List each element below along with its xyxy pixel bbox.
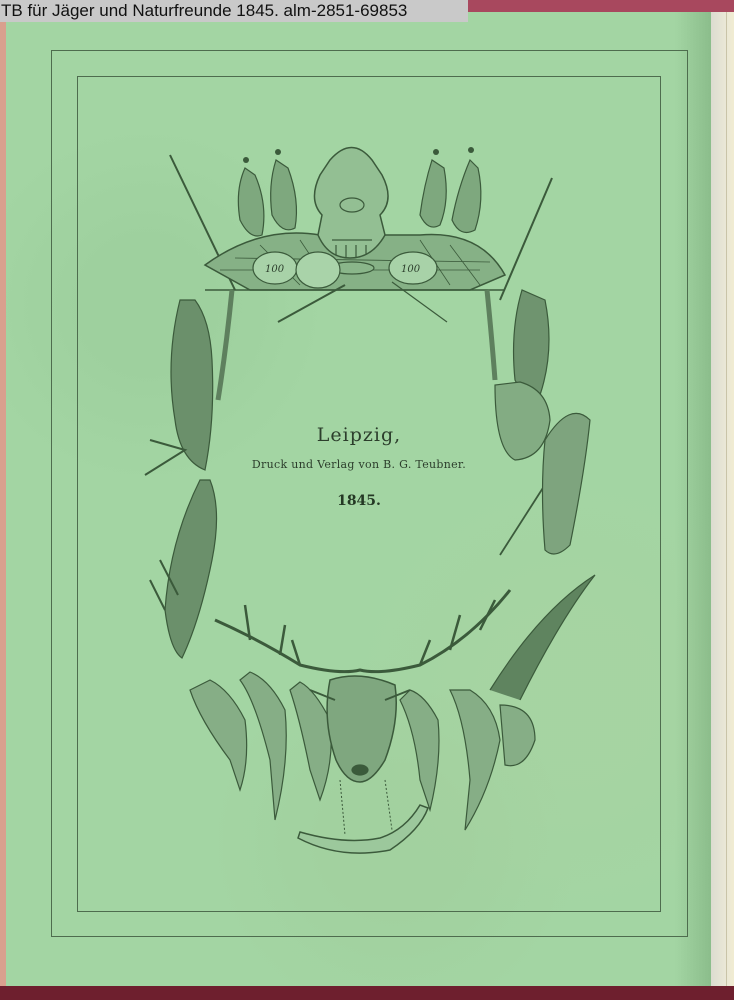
- pheasant-icon: [452, 160, 481, 232]
- fish-icon: [514, 290, 549, 396]
- hare-icon: [165, 480, 217, 658]
- pheasant-icon: [420, 160, 446, 227]
- hat-icon: [296, 252, 340, 288]
- fishing-rod-icon: [500, 178, 552, 300]
- game-pouch-icon: [495, 382, 550, 460]
- money-bag-label: 100: [265, 264, 285, 275]
- trophy-urn-icon: [314, 148, 388, 259]
- money-bag-label: 100: [401, 264, 421, 275]
- hare-icon: [171, 300, 213, 470]
- pheasant-icon: [271, 160, 297, 230]
- imprint-year: 1845.: [228, 493, 490, 509]
- hanging-bird-icon: [190, 680, 247, 790]
- image-caption: TB für Jäger und Naturfreunde 1845. alm-…: [0, 0, 468, 22]
- title-cartouche: Leipzig, Druck und Verlag von B. G. Teub…: [228, 288, 490, 670]
- imprint-publisher: Druck und Verlag von B. G. Teubner.: [228, 458, 490, 471]
- pheasant-icon: [238, 168, 264, 236]
- hunting-horn-icon: [298, 805, 428, 853]
- landing-net-icon: [543, 413, 591, 554]
- hanging-bird-icon: [450, 690, 500, 830]
- imprint-city: Leipzig,: [228, 424, 490, 446]
